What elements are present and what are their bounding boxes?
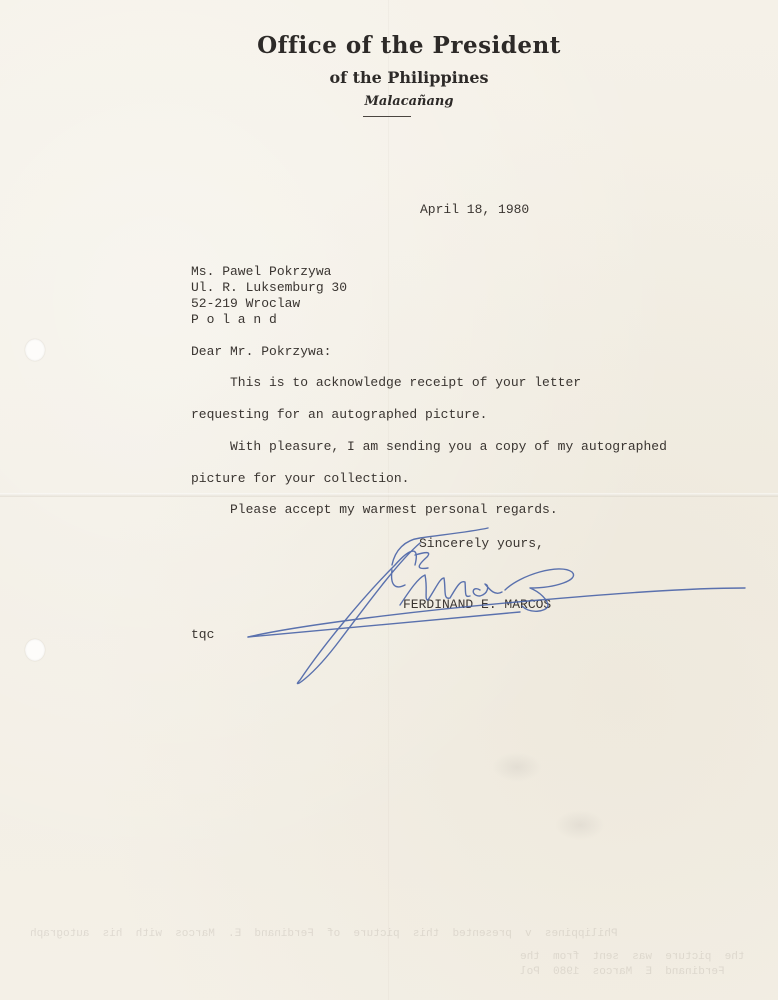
vertical-fold [388, 0, 389, 1000]
salutation: Dear Mr. Pokrzywa: [191, 344, 331, 360]
recipient-country: P o l a n d [191, 312, 347, 328]
signer-name: FERDINAND E. MARCOS [403, 597, 551, 613]
paper-stain [492, 752, 542, 782]
closing: Sincerely yours, [419, 536, 544, 552]
paper-stain [555, 810, 605, 840]
recipient-street: Ul. R. Luksemburg 30 [191, 280, 347, 296]
letter-date: April 18, 1980 [420, 202, 529, 218]
show-through-text: Ferdinand E Marcos 1980 Pol [520, 966, 725, 978]
punch-hole-bottom [25, 639, 45, 661]
body-paragraph-2-line-2: picture for your collection. [191, 471, 409, 487]
letter-paper [0, 0, 778, 1000]
horizontal-fold-line [0, 493, 778, 497]
letterhead-rule [363, 116, 411, 117]
recipient-name: Ms. Pawel Pokrzywa [191, 264, 347, 280]
letterhead-title: Office of the President [0, 32, 778, 59]
punch-hole-top [25, 339, 45, 361]
recipient-address: Ms. Pawel PokrzywaUl. R. Luksemburg 3052… [191, 264, 347, 328]
show-through-text: Philippines v presented this picture of … [30, 928, 618, 940]
letterhead-location: Malacañang [0, 94, 778, 109]
letterhead-subtitle: of the Philippines [0, 68, 778, 87]
typist-initials: tqc [191, 627, 214, 643]
body-paragraph-1-line-2: requesting for an autographed picture. [191, 407, 487, 423]
recipient-city: 52-219 Wroclaw [191, 296, 347, 312]
body-paragraph-2-line-1: With pleasure, I am sending you a copy o… [230, 439, 667, 455]
body-paragraph-1-line-1: This is to acknowledge receipt of your l… [230, 375, 581, 391]
show-through-text: the picture was sent from the [520, 951, 744, 963]
body-paragraph-3: Please accept my warmest personal regard… [230, 502, 558, 518]
